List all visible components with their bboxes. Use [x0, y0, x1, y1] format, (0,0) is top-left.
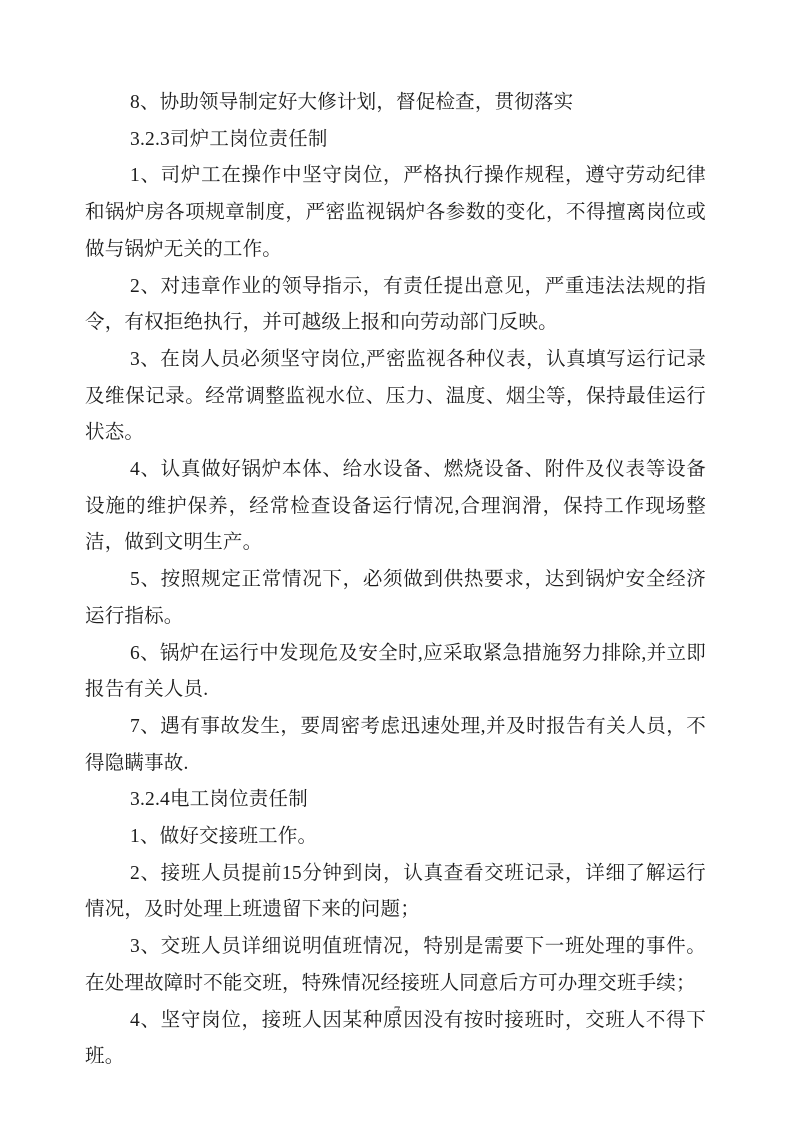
paragraph-electrician-duty-2: 2、接班人员提前15分钟到岗，认真查看交班记录，详细了解运行情况，及时处理上班遗… — [85, 856, 706, 929]
paragraph-electrician-duty-1: 1、做好交接班工作。 — [85, 819, 706, 856]
paragraph-stoker-duty-3: 3、在岗人员必须坚守岗位,严密监视各种仪表，认真填写运行记录及维保记录。经常调整… — [85, 342, 706, 452]
paragraph-electrician-duty-3: 3、交班人员详细说明值班情况，特别是需要下一班处理的事件。在处理故障时不能交班，… — [85, 929, 706, 1002]
paragraph-stoker-duty-4: 4、认真做好锅炉本体、给水设备、燃烧设备、附件及仪表等设备设施的维护保养，经常检… — [85, 452, 706, 562]
paragraph-item-8: 8、协助领导制定好大修计划，督促检查，贯彻落实 — [85, 85, 706, 122]
paragraph-stoker-duty-7: 7、遇有事故发生，要周密考虑迅速处理,并及时报告有关人员，不得隐瞒事故. — [85, 709, 706, 782]
paragraph-stoker-duty-2: 2、对违章作业的领导指示，有责任提出意见，严重违法法规的指令，有权拒绝执行，并可… — [85, 269, 706, 342]
document-page: 8、协助领导制定好大修计划，督促检查，贯彻落实 3.2.3司炉工岗位责任制 1、… — [0, 0, 794, 1122]
section-heading-3-2-3: 3.2.3司炉工岗位责任制 — [85, 122, 706, 159]
section-heading-3-2-4: 3.2.4电工岗位责任制 — [85, 782, 706, 819]
document-body: 8、协助领导制定好大修计划，督促检查，贯彻落实 3.2.3司炉工岗位责任制 1、… — [85, 85, 706, 1076]
paragraph-stoker-duty-5: 5、按照规定正常情况下，必须做到供热要求，达到锅炉安全经济运行指标。 — [85, 562, 706, 635]
paragraph-stoker-duty-6: 6、锅炉在运行中发现危及安全时,应采取紧急措施努力排除,并立即报告有关人员. — [85, 636, 706, 709]
page-number: 7 — [0, 1002, 794, 1020]
paragraph-stoker-duty-1: 1、司炉工在操作中坚守岗位，严格执行操作规程，遵守劳动纪律和锅炉房各项规章制度，… — [85, 158, 706, 268]
